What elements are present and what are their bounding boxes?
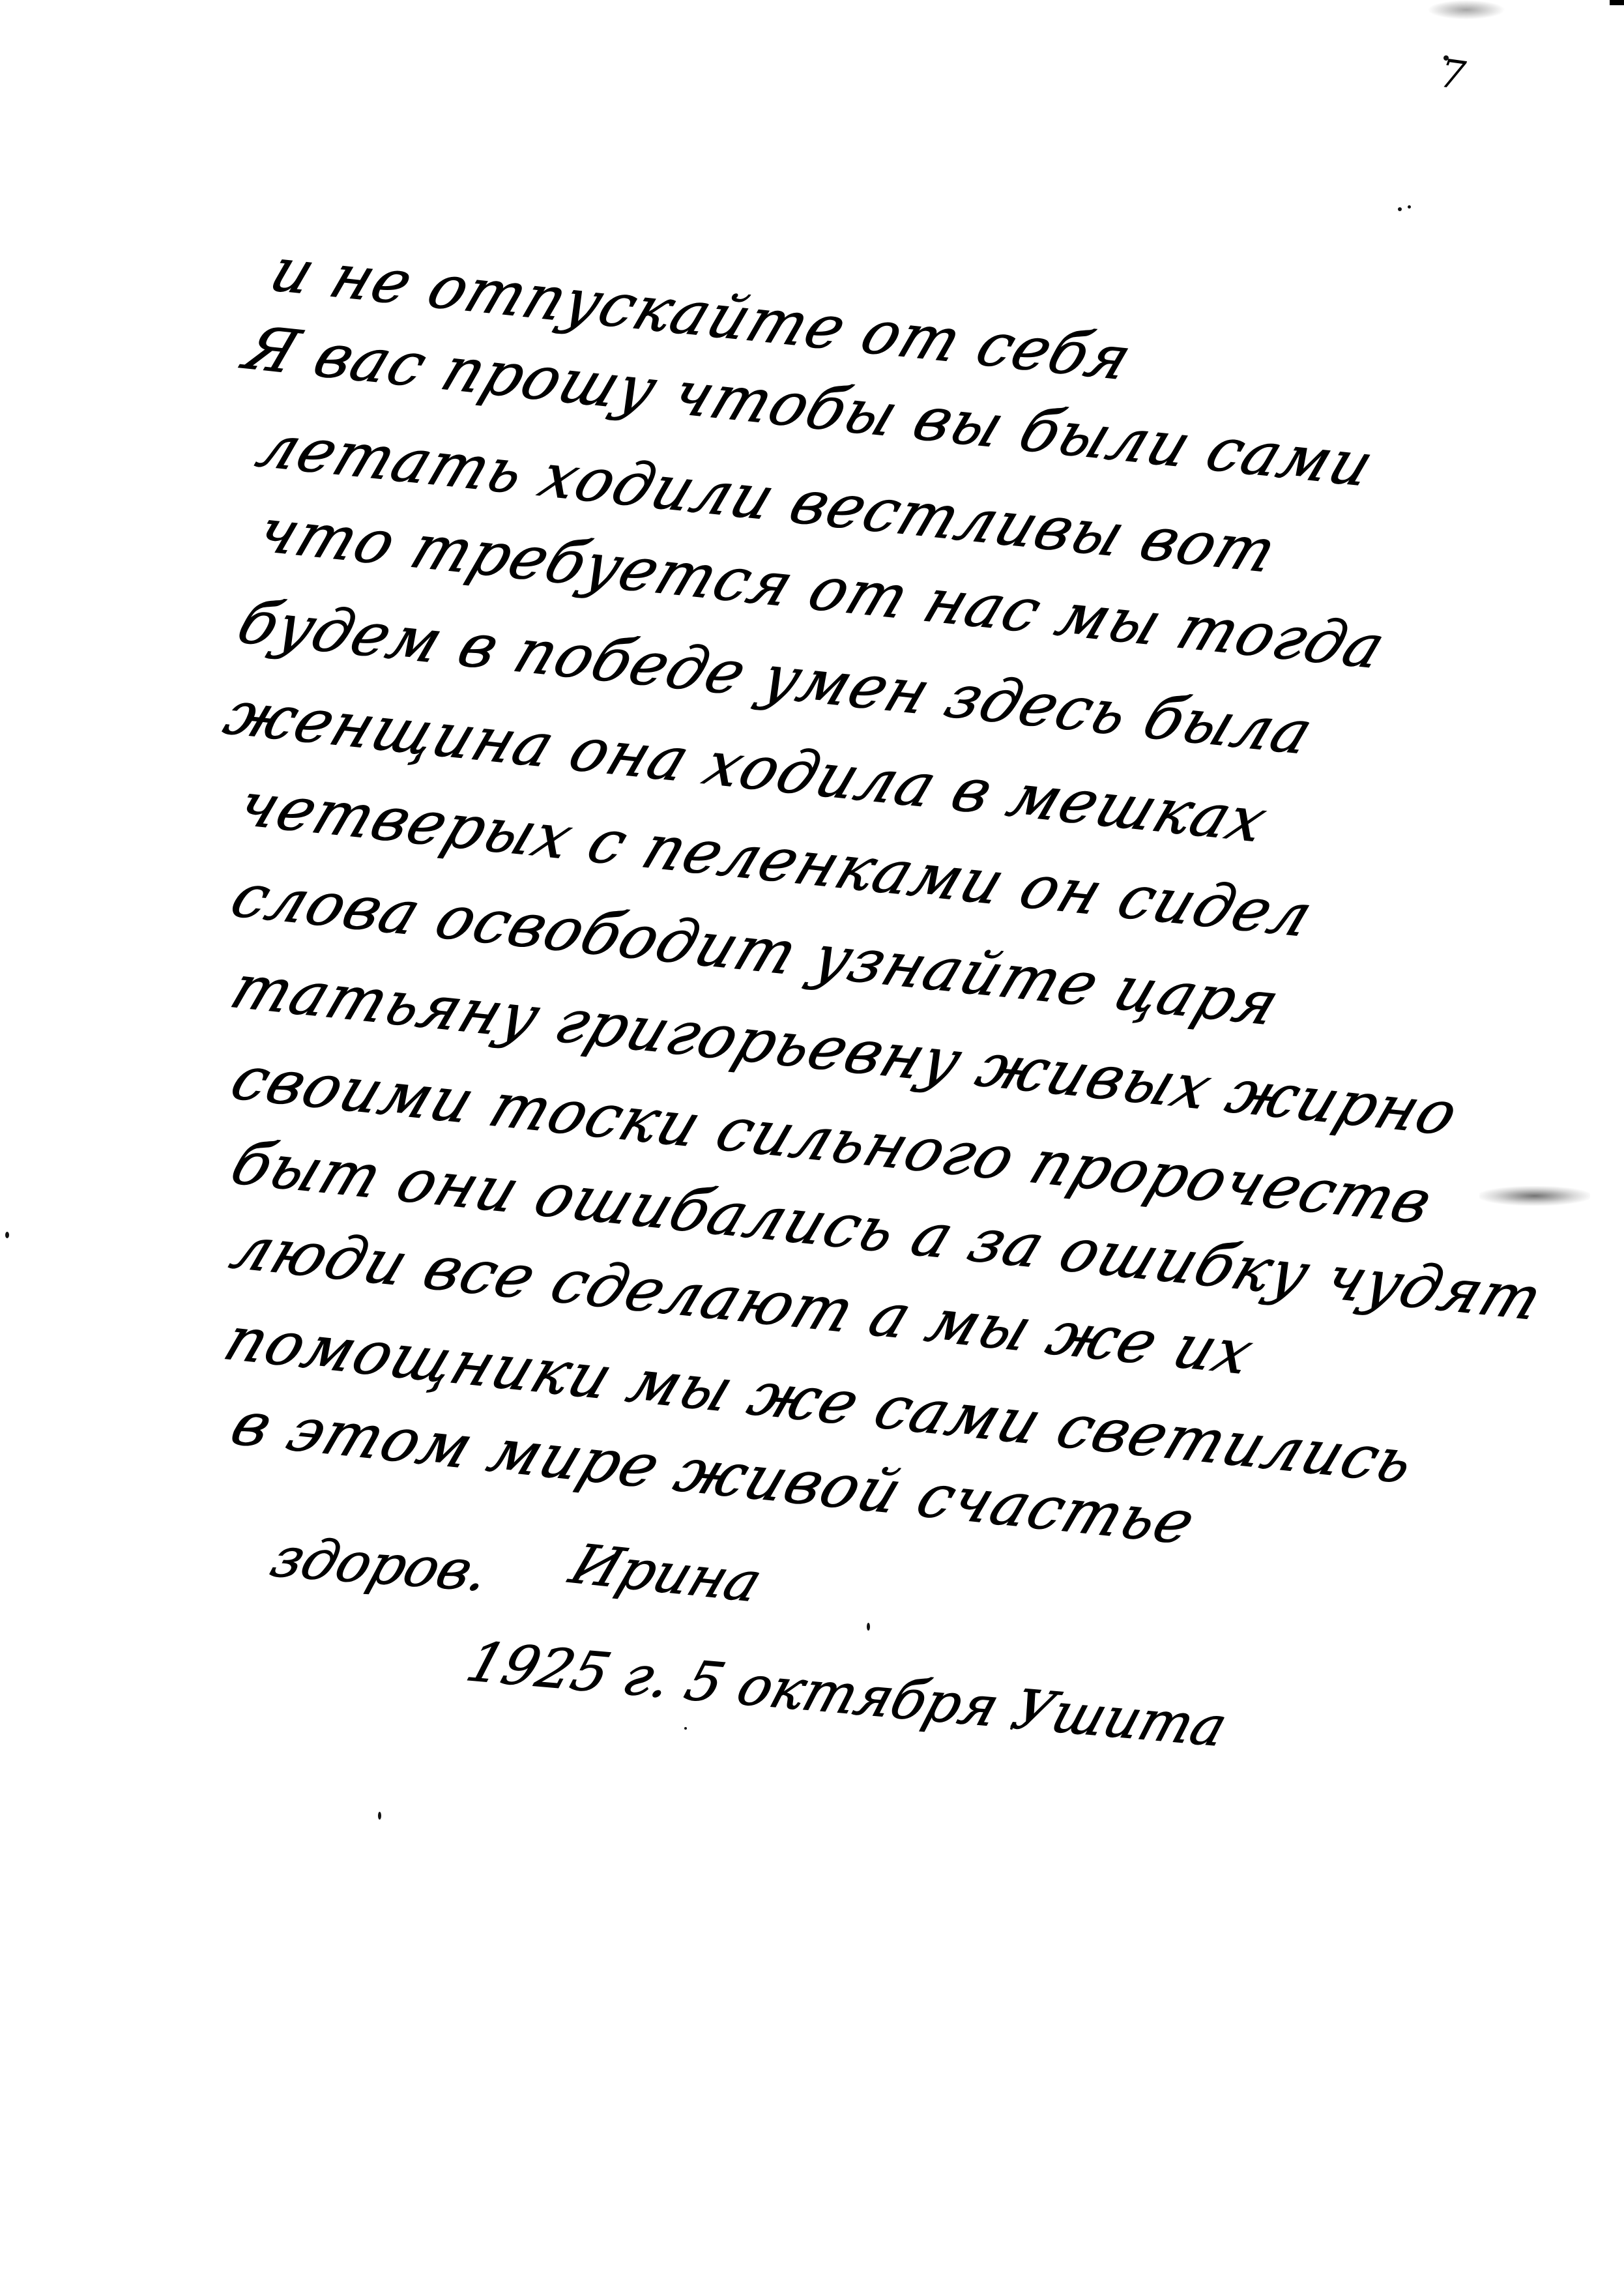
dateline: 1925 г. 5 октября Ушита [459, 1630, 1234, 1758]
scanned-letter-page: 7 и не отпускайте от себя Я вас прошу чт… [0, 0, 1624, 2281]
scan-speck [684, 1727, 687, 1730]
scan-speck [1408, 205, 1411, 209]
scan-speck [1010, 1727, 1013, 1730]
scan-artifact [1610, 0, 1624, 5]
scan-artifact [1479, 1186, 1590, 1206]
scan-speck [1398, 207, 1402, 211]
page-number: 7 [1437, 51, 1468, 100]
scan-speck [378, 1812, 381, 1820]
scan-artifact [1427, 0, 1505, 20]
scan-speck [867, 1623, 870, 1631]
closing-greeting: здоров. [263, 1526, 498, 1603]
signature: Ирина [562, 1533, 771, 1614]
scan-speck [5, 1232, 9, 1238]
scan-speck [1443, 55, 1449, 61]
